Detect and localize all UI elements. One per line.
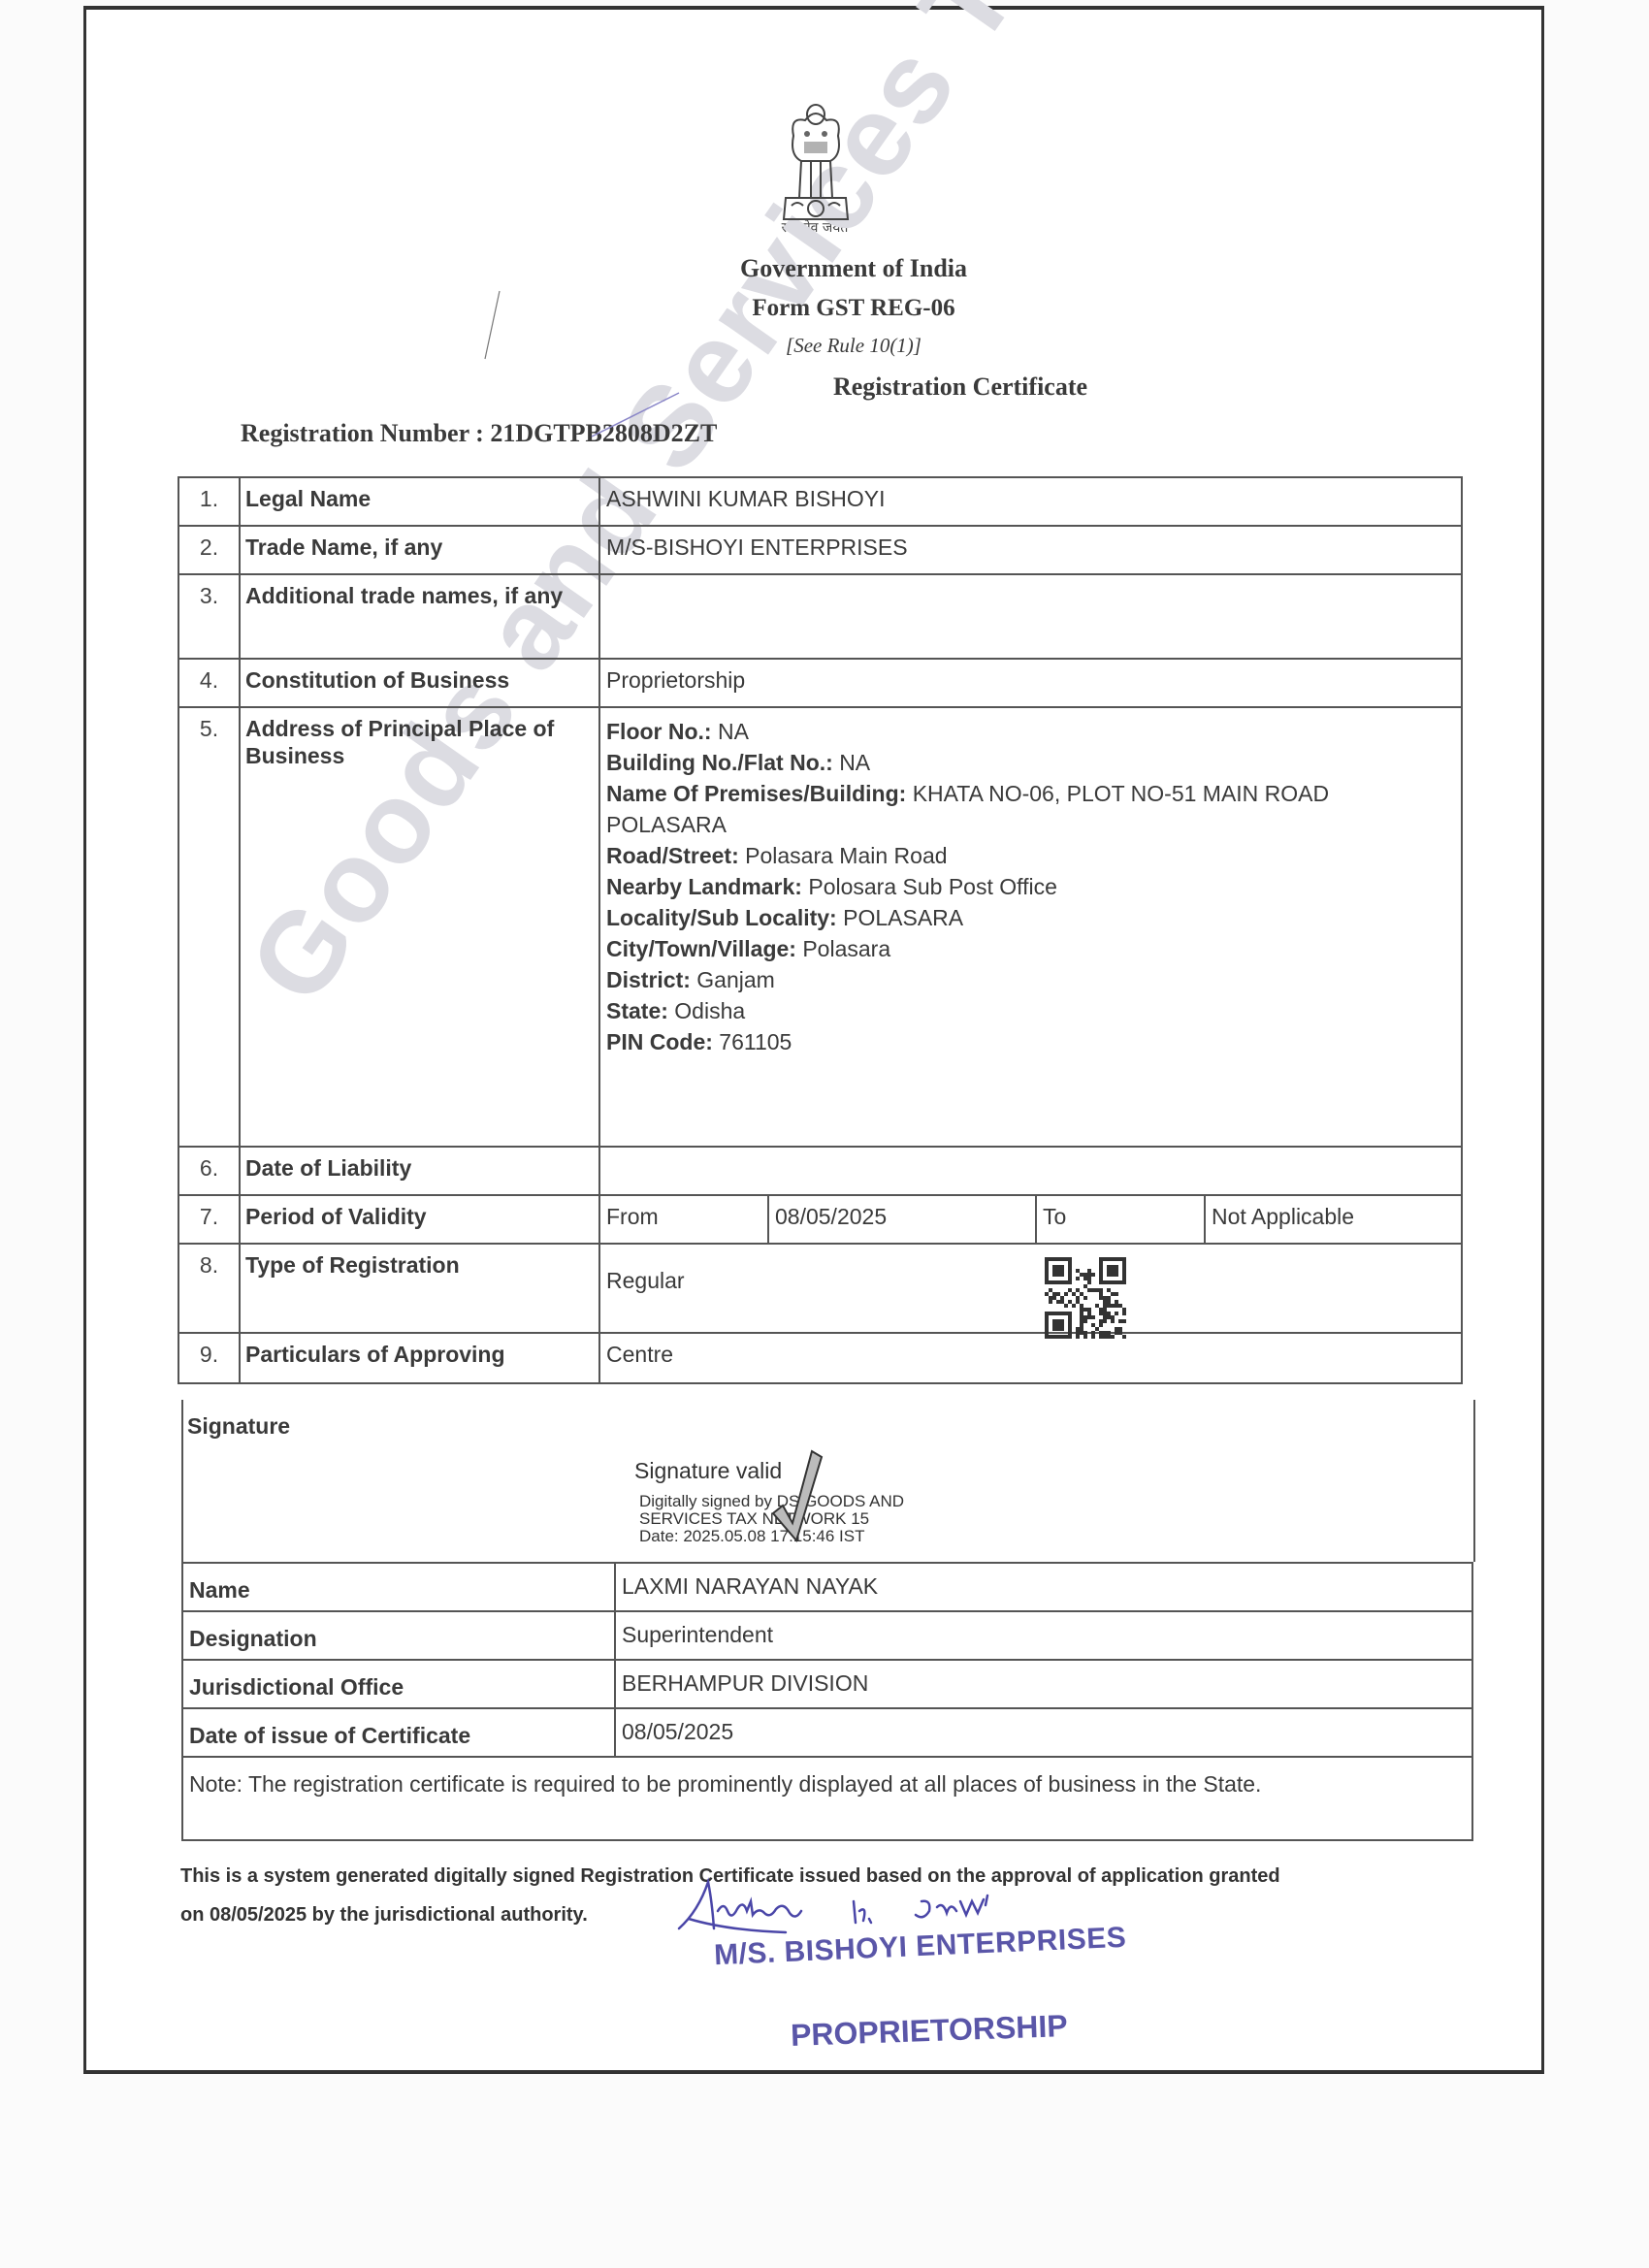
table-row: 9. Particulars of Approving Centre (178, 1333, 1462, 1383)
trade-name-value: M/S-BISHOYI ENTERPRISES (599, 526, 1462, 574)
legal-name-label: Legal Name (240, 477, 599, 526)
row-number: 4. (178, 659, 240, 707)
certificate-title: Registration Certificate (136, 373, 1649, 402)
national-emblem-icon (772, 97, 859, 238)
approving-authority-value: Centre (599, 1333, 1462, 1383)
validity-from-label: From (599, 1195, 768, 1244)
address-pin: PIN Code: 761105 (606, 1026, 1455, 1057)
date-of-issue-label: Date of issue of Certificate (182, 1708, 615, 1757)
row-number: 1. (178, 477, 240, 526)
table-row: 2. Trade Name, if any M/S-BISHOYI ENTERP… (178, 526, 1462, 574)
signature-label: Signature (187, 1413, 290, 1440)
display-note: Note: The registration certificate is re… (182, 1757, 1472, 1840)
form-title: Form GST REG-06 (29, 295, 1649, 322)
address-city: City/Town/Village: Polasara (606, 933, 1455, 964)
additional-trade-names-label: Additional trade names, if any (240, 574, 599, 659)
row-number: 5. (178, 707, 240, 1147)
type-of-registration-value: Regular (599, 1244, 1462, 1333)
officer-name-label: Name (182, 1563, 615, 1611)
table-row: Note: The registration certificate is re… (182, 1757, 1472, 1840)
table-row: Designation Superintendent (182, 1611, 1472, 1660)
registration-number-label: Registration Number : (241, 419, 484, 447)
constitution-value: Proprietorship (599, 659, 1462, 707)
jurisdictional-office-value: BERHAMPUR DIVISION (615, 1660, 1472, 1708)
row-number: 3. (178, 574, 240, 659)
table-row: 8. Type of Registration Regular (178, 1244, 1462, 1333)
date-of-issue-value: 08/05/2025 (615, 1708, 1472, 1757)
officer-details-table: Name LAXMI NARAYAN NAYAK Designation Sup… (181, 1562, 1473, 1841)
signature-status: Signature valid (634, 1458, 782, 1484)
registration-details-table: 1. Legal Name ASHWINI KUMAR BISHOYI 2. T… (178, 476, 1463, 1384)
table-row: 6. Date of Liability (178, 1147, 1462, 1195)
table-row: Jurisdictional Office BERHAMPUR DIVISION (182, 1660, 1472, 1708)
address-landmark: Nearby Landmark: Polosara Sub Post Offic… (606, 871, 1455, 902)
address-premises: Name Of Premises/Building: KHATA NO-06, … (606, 778, 1455, 840)
address-value: Floor No.: NA Building No./Flat No.: NA … (599, 707, 1462, 1147)
type-of-registration-label: Type of Registration (240, 1244, 599, 1333)
signature-section: Signature Signature valid Digitally sign… (181, 1400, 1475, 1562)
jurisdictional-office-label: Jurisdictional Office (182, 1660, 615, 1708)
table-row: 5. Address of Principal Place of Busines… (178, 707, 1462, 1147)
constitution-label: Constitution of Business (240, 659, 599, 707)
address-floor: Floor No.: NA (606, 716, 1455, 747)
address-state: State: Odisha (606, 995, 1455, 1026)
address-road: Road/Street: Polasara Main Road (606, 840, 1455, 871)
rule-reference: [See Rule 10(1)] (29, 334, 1649, 358)
officer-name-value: LAXMI NARAYAN NAYAK (615, 1563, 1472, 1611)
qr-code-icon (1045, 1257, 1126, 1339)
table-row: 1. Legal Name ASHWINI KUMAR BISHOYI (178, 477, 1462, 526)
trade-name-label: Trade Name, if any (240, 526, 599, 574)
address-label: Address of Principal Place of Business (240, 707, 599, 1147)
date-of-liability-label: Date of Liability (240, 1147, 599, 1195)
row-number: 2. (178, 526, 240, 574)
legal-name-value: ASHWINI KUMAR BISHOYI (599, 477, 1462, 526)
table-row: 3. Additional trade names, if any (178, 574, 1462, 659)
additional-trade-names-value (599, 574, 1462, 659)
designation-value: Superintendent (615, 1611, 1472, 1660)
designation-label: Designation (182, 1611, 615, 1660)
registration-number-value: 21DGTPB2808D2ZT (490, 419, 717, 447)
row-number: 8. (178, 1244, 240, 1333)
checkmark-icon (765, 1443, 824, 1550)
row-number: 7. (178, 1195, 240, 1244)
table-row: 4. Constitution of Business Proprietorsh… (178, 659, 1462, 707)
approving-authority-label: Particulars of Approving (240, 1333, 599, 1383)
validity-to-value: Not Applicable (1205, 1195, 1462, 1244)
address-locality: Locality/Sub Locality: POLASARA (606, 902, 1455, 933)
table-row: Date of issue of Certificate 08/05/2025 (182, 1708, 1472, 1757)
validity-to-label: To (1036, 1195, 1205, 1244)
date-of-liability-value (599, 1147, 1462, 1195)
period-of-validity-label: Period of Validity (240, 1195, 599, 1244)
handwritten-signature (669, 1872, 1174, 1950)
row-number: 6. (178, 1147, 240, 1195)
table-row: 7. Period of Validity From 08/05/2025 To… (178, 1195, 1462, 1244)
registration-number: Registration Number : 21DGTPB2808D2ZT (241, 419, 717, 448)
address-building: Building No./Flat No.: NA (606, 747, 1455, 778)
table-row: Name LAXMI NARAYAN NAYAK (182, 1563, 1472, 1611)
address-district: District: Ganjam (606, 964, 1455, 995)
validity-from-value: 08/05/2025 (768, 1195, 1036, 1244)
government-title: Government of India (29, 254, 1649, 283)
row-number: 9. (178, 1333, 240, 1383)
